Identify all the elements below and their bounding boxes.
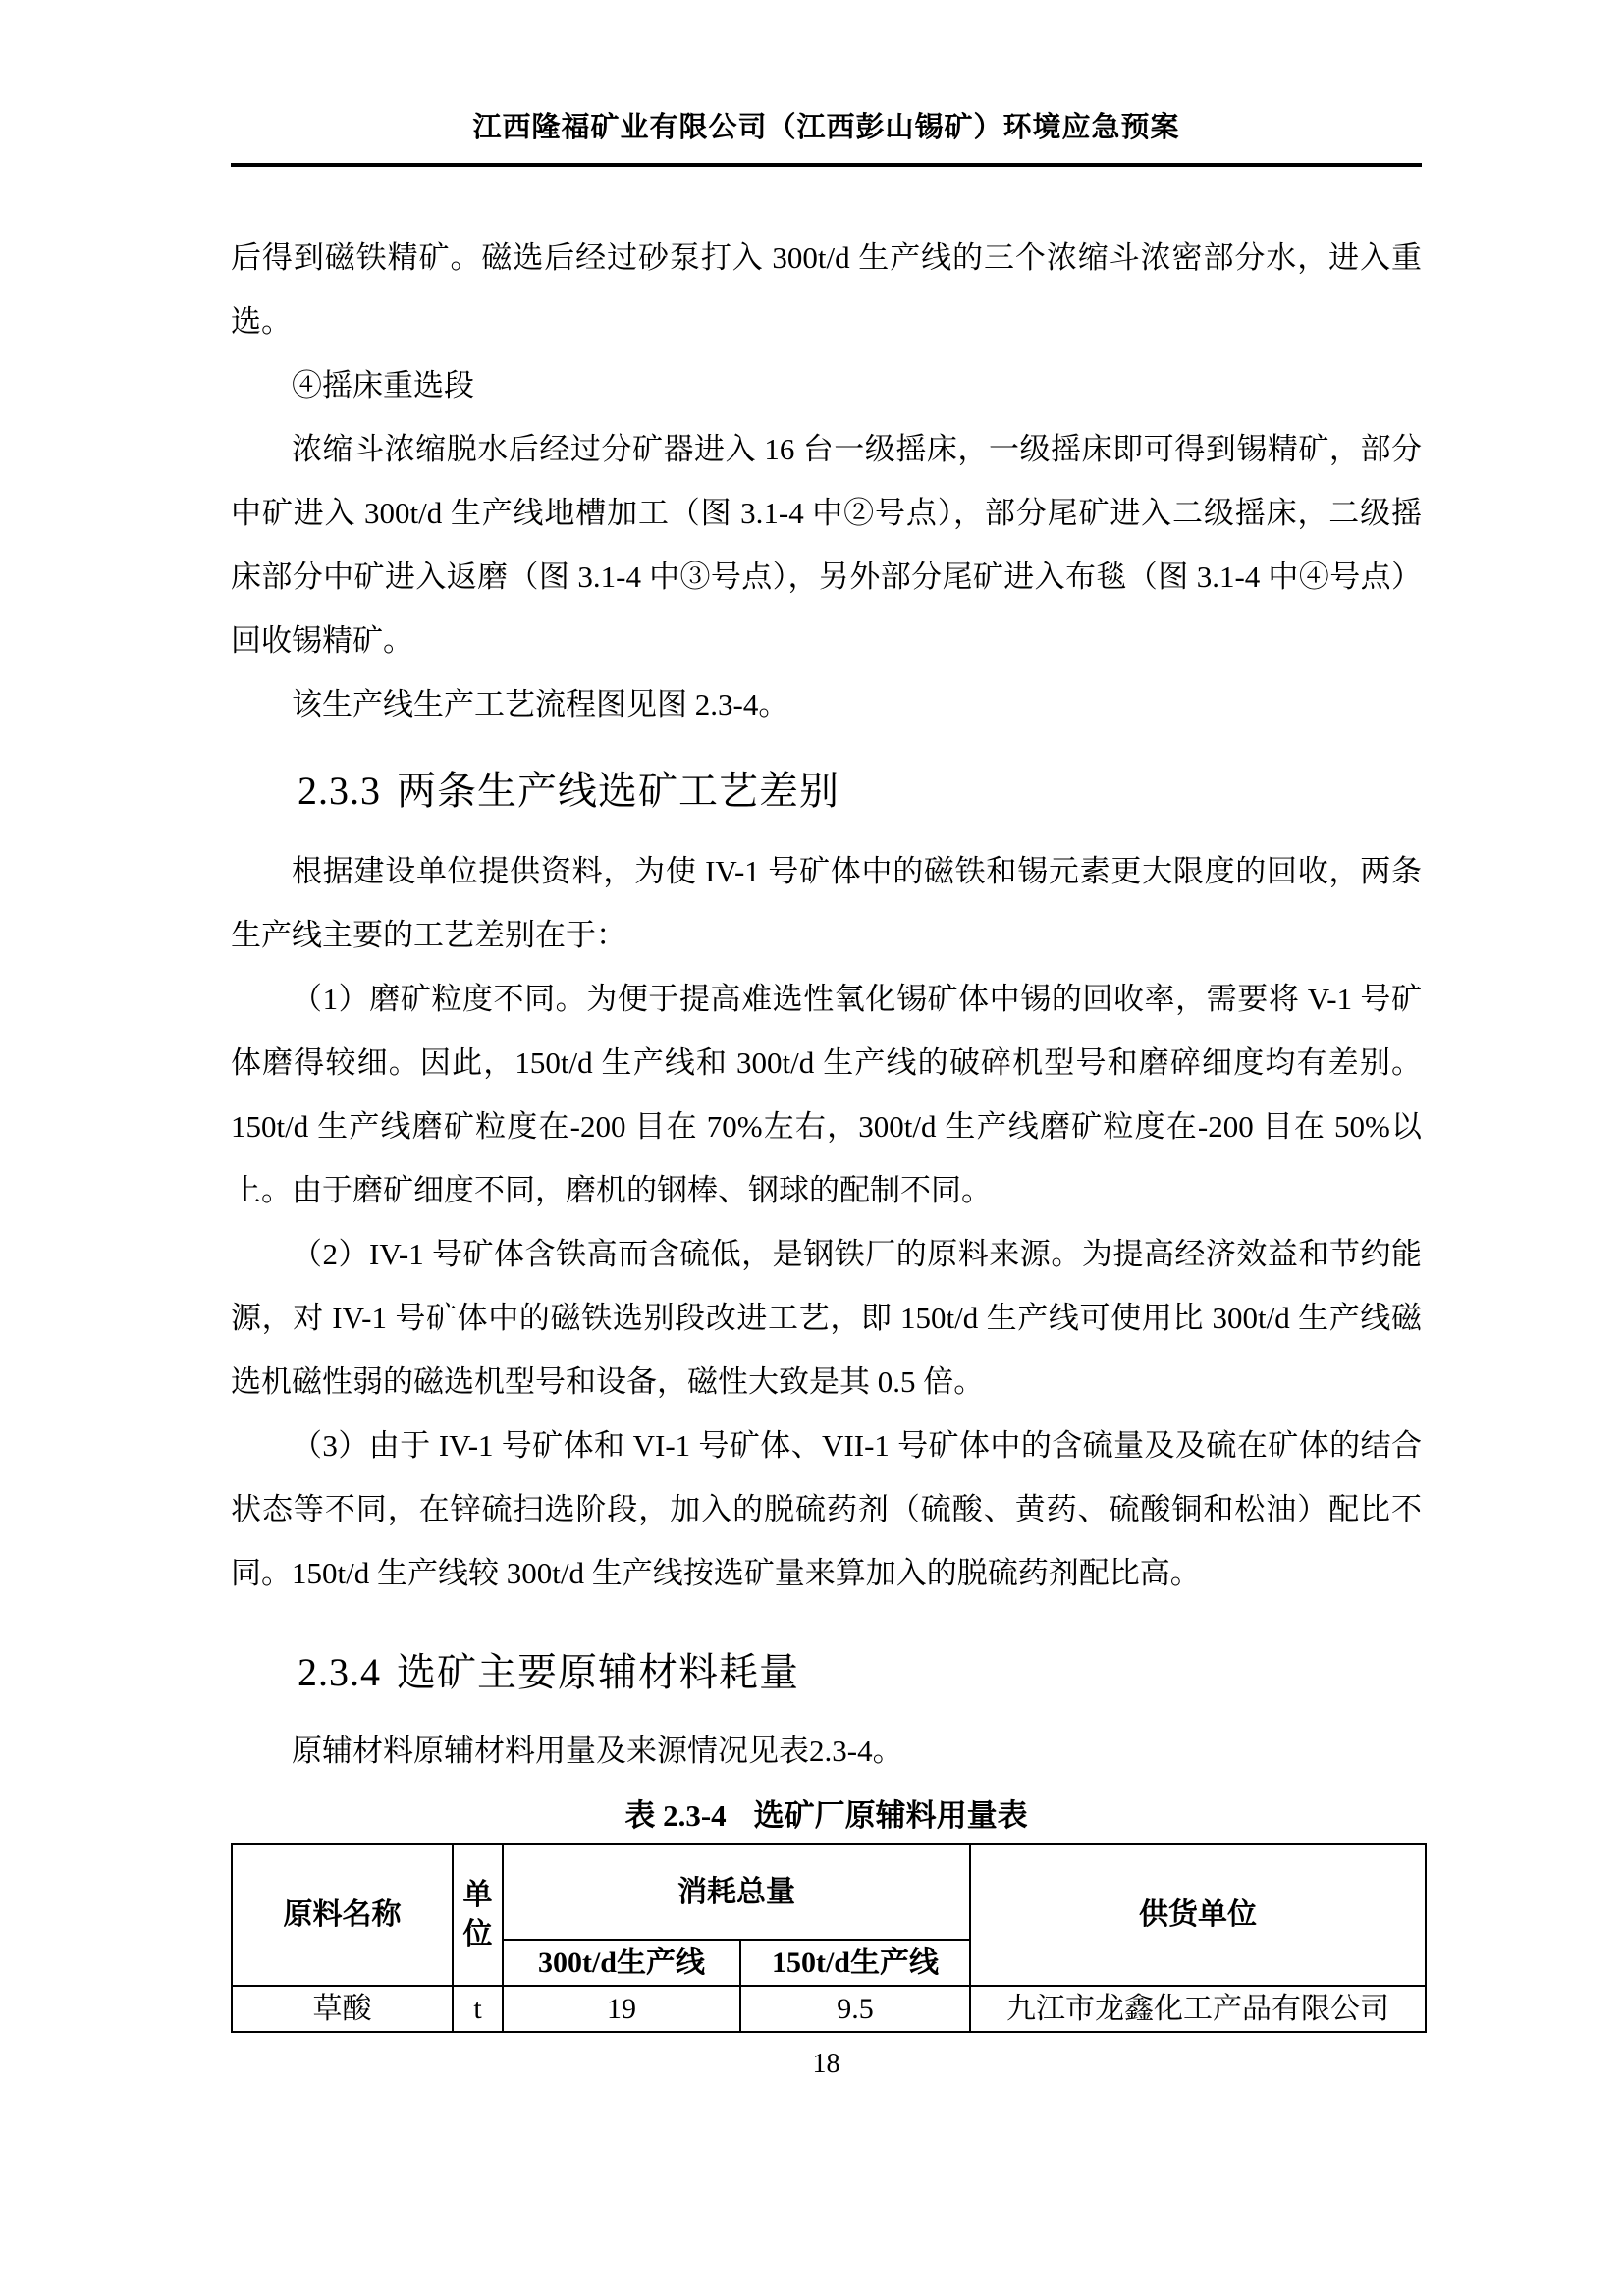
col-header-line300: 300t/d生产线 xyxy=(503,1940,740,1986)
section-title: 选矿主要原辅材料耗量 xyxy=(397,1650,799,1694)
materials-usage-table: 原料名称 单位 消耗总量 供货单位 300t/d生产线 150t/d生产线 草酸… xyxy=(231,1843,1427,2033)
body-paragraph: 根据建设单位提供资料，为使 IV-1 号矿体中的磁铁和锡元素更大限度的回收，两条… xyxy=(231,839,1422,967)
cell-supplier: 九江市龙鑫化工产品有限公司 xyxy=(970,1986,1426,2032)
col-header-line150: 150t/d生产线 xyxy=(740,1940,970,1986)
section-title: 两条生产线选矿工艺差别 xyxy=(397,769,839,813)
document-page: 江西隆福矿业有限公司（江西彭山锡矿）环境应急预案 后得到磁铁精矿。磁选后经过砂泵… xyxy=(0,0,1624,2296)
body-paragraph: 后得到磁铁精矿。磁选后经过砂泵打入 300t/d 生产线的三个浓缩斗浓密部分水，… xyxy=(231,226,1422,353)
table-caption: 表 2.3-4选矿厂原辅料用量表 xyxy=(231,1789,1422,1843)
document-body: 后得到磁铁精矿。磁选后经过砂泵打入 300t/d 生产线的三个浓缩斗浓密部分水，… xyxy=(231,226,1422,2033)
col-header-consumption: 消耗总量 xyxy=(503,1844,970,1940)
page-number: 18 xyxy=(231,2047,1422,2082)
col-header-unit: 单位 xyxy=(453,1844,503,1986)
table-header-row: 原料名称 单位 消耗总量 供货单位 xyxy=(232,1844,1426,1940)
table-row: 草酸 t 19 9.5 九江市龙鑫化工产品有限公司 xyxy=(232,1986,1426,2032)
body-paragraph: （3）由于 IV-1 号矿体和 VI-1 号矿体、VII-1 号矿体中的含硫量及… xyxy=(231,1414,1422,1605)
cell-unit: t xyxy=(453,1986,503,2032)
cell-line300: 19 xyxy=(503,1986,740,2032)
cell-line150: 9.5 xyxy=(740,1986,970,2032)
body-paragraph: （1）磨矿粒度不同。为便于提高难选性氧化锡矿体中锡的回收率，需要将 V-1 号矿… xyxy=(231,967,1422,1222)
section-number: 2.3.3 xyxy=(298,769,381,813)
body-paragraph: （2）IV-1 号矿体含铁高而含硫低，是钢铁厂的原料来源。为提高经济效益和节约能… xyxy=(231,1222,1422,1414)
body-paragraph: ④摇床重选段 xyxy=(231,353,1422,417)
header-divider-rule xyxy=(231,163,1422,167)
cell-material: 草酸 xyxy=(232,1986,453,2032)
section-heading-2-3-3: 2.3.3两条生产线选矿工艺差别 xyxy=(231,761,1422,822)
section-heading-2-3-4: 2.3.4选矿主要原辅材料耗量 xyxy=(231,1642,1422,1703)
col-header-supplier: 供货单位 xyxy=(970,1844,1426,1986)
col-header-material: 原料名称 xyxy=(232,1844,453,1986)
body-paragraph: 浓缩斗浓缩脱水后经过分矿器进入 16 台一级摇床，一级摇床即可得到锡精矿，部分中… xyxy=(231,417,1422,672)
table-caption-title: 选矿厂原辅料用量表 xyxy=(754,1798,1028,1833)
section-number: 2.3.4 xyxy=(298,1650,381,1694)
body-paragraph: 原辅材料原辅材料用量及来源情况见表2.3-4。 xyxy=(231,1719,1422,1783)
table-caption-label: 表 2.3-4 xyxy=(624,1798,726,1833)
page-header-title: 江西隆福矿业有限公司（江西彭山锡矿）环境应急预案 xyxy=(231,105,1422,150)
body-paragraph: 该生产线生产工艺流程图见图 2.3-4。 xyxy=(231,672,1422,736)
